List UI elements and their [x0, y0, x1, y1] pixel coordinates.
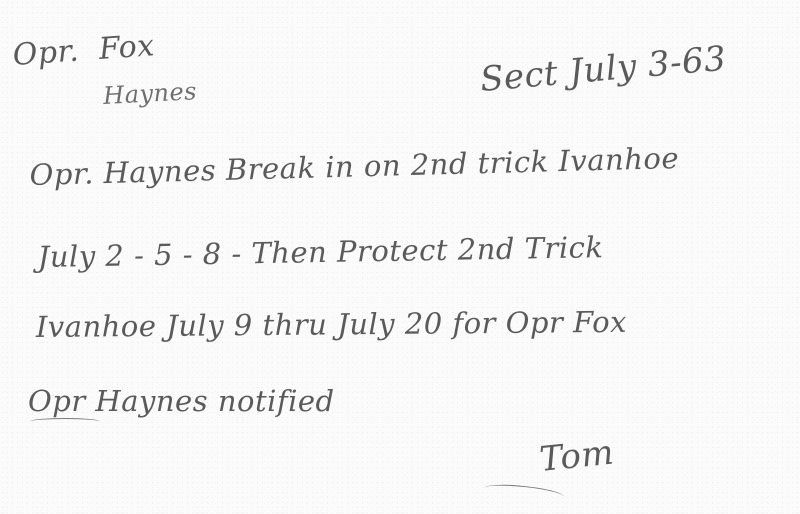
body-line-4: Opr Haynes notified [28, 384, 335, 418]
signature-flourish [484, 482, 565, 503]
body-line-1: Opr. Haynes Break in on 2nd trick Ivanho… [29, 141, 679, 192]
header-operator-line: Opr. Fox [12, 28, 156, 73]
underline-stroke-opr [30, 418, 100, 425]
signature: Tom [538, 432, 616, 480]
note-paper: Opr. Fox Haynes Sect July 3-63 Opr. Hayn… [0, 0, 800, 514]
date-text: Sect July 3-63 [479, 39, 728, 100]
body-line-2: July 2 - 5 - 8 - Then Protect 2nd Trick [37, 230, 603, 274]
operator-name-fox: Fox [98, 28, 156, 67]
operator-prefix: Opr. [12, 33, 81, 73]
header-operator-haynes: Haynes [103, 77, 198, 110]
body-line-3: Ivanhoe July 9 thru July 20 for Opr Fox [36, 305, 627, 344]
